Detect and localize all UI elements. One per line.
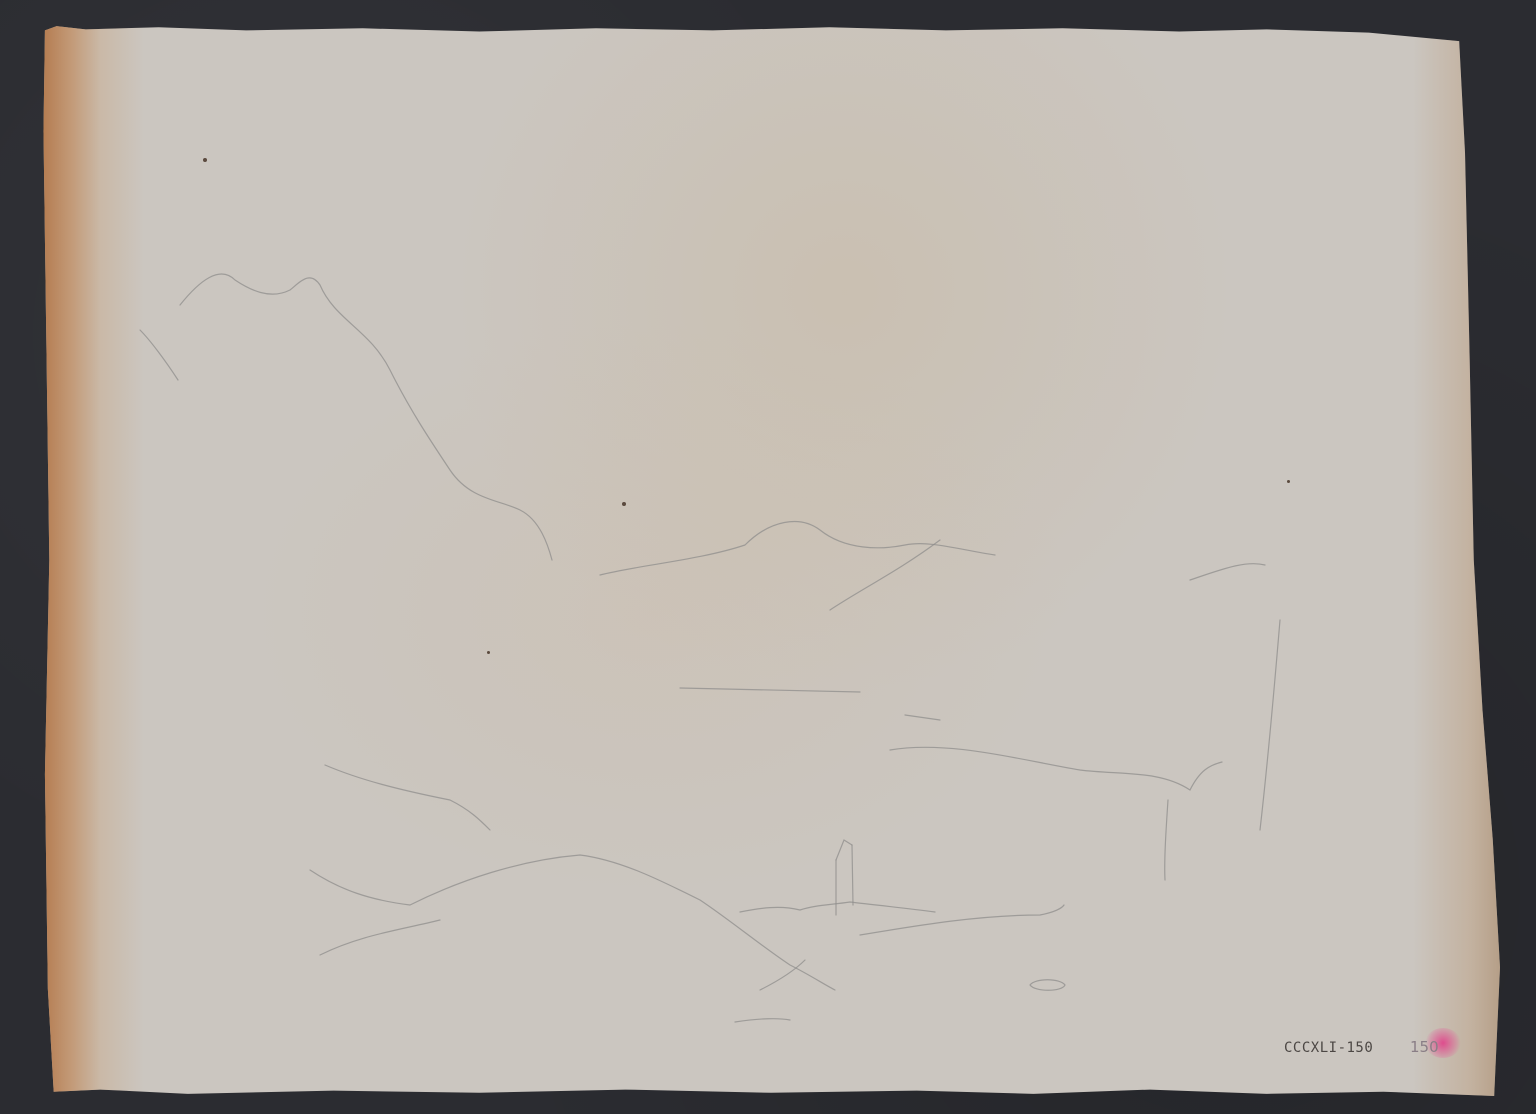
sketch-line-lower-hill [310,855,835,990]
sketch-line-right-top [1190,564,1265,580]
sketch-line-village [740,902,935,912]
sketch-line-hill-left [140,330,178,380]
sketch-line-right-vertical-b [1260,620,1280,830]
sketch-line-ridge-middle [600,522,995,575]
sketch-line-foreground-b [760,960,805,990]
foxing-spot [487,651,490,654]
sketch-line-right-vertical-a [1165,800,1168,880]
sketch-line-ridge-diagonal [830,540,940,610]
foxing-spot [1287,480,1290,483]
sketch-line-horizon-short [905,715,940,720]
pencil-inventory-number: 150 [1410,1038,1439,1056]
sketch-line-lower-right [860,905,1064,935]
pencil-sketch [0,0,1536,1114]
sketch-line-lower-left-b [320,920,440,955]
sketch-line-foreground [735,1019,790,1022]
sketch-line-horizon [680,688,860,692]
sketch-line-spire-right [852,845,853,905]
sketch-line-hill-upper [180,274,552,560]
foxing-spot [622,502,626,506]
sketch-line-oval [1030,980,1065,991]
sketch-line-lower-left [325,765,490,830]
foxing-spot [203,158,207,162]
sketch-line-spire-top [836,840,852,860]
catalog-number: CCCXLI-150 [1284,1040,1373,1056]
sketch-line-right-mid [890,747,1222,790]
